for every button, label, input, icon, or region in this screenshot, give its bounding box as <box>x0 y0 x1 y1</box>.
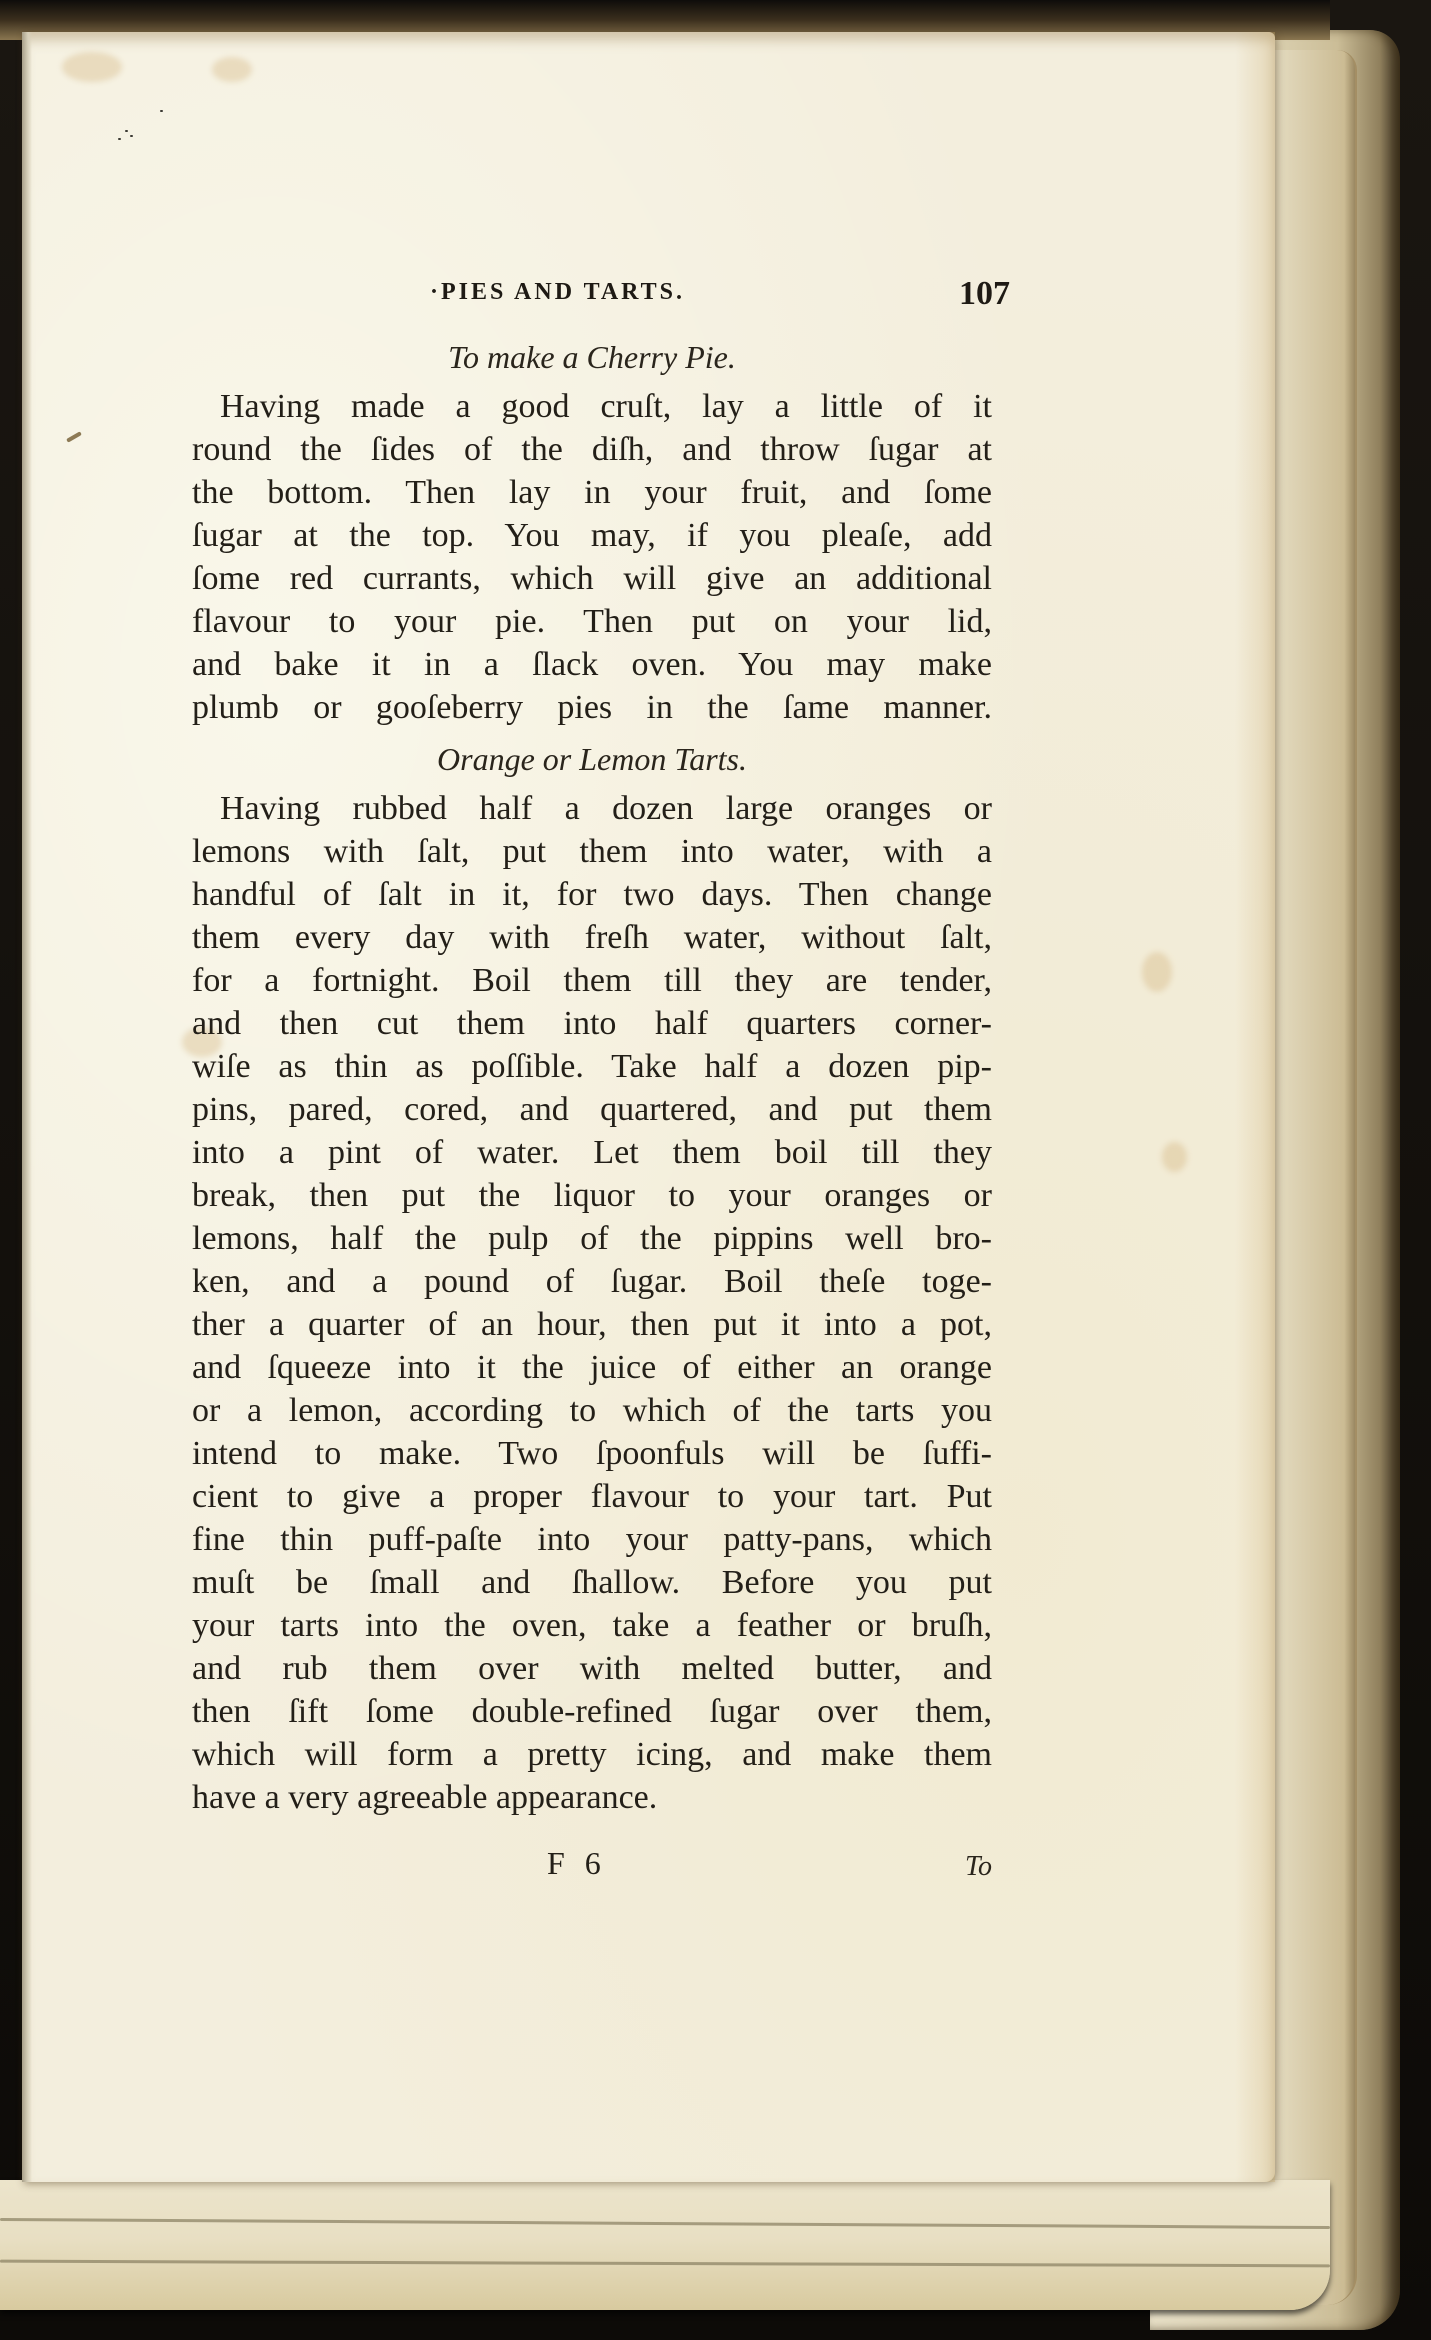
text-line: Having made a good cruſt, lay a little o… <box>192 385 992 428</box>
section-title-orange-lemon-tarts: Orange or Lemon Tarts. <box>192 737 992 781</box>
catchword: To <box>965 1851 992 1883</box>
foxing-stain <box>62 52 122 82</box>
text-line: for a fortnight. Boil them till they are… <box>192 959 992 1002</box>
text-line: intend to make. Two ſpoonfuls will be ſu… <box>192 1432 992 1475</box>
running-title: ·PIES AND TARTS. <box>430 279 685 306</box>
page-number: 107 <box>959 275 1010 313</box>
text-line: them every day with freſh water, without… <box>192 916 992 959</box>
ink-speck <box>118 138 121 140</box>
text-line: or a lemon, according to which of the ta… <box>192 1389 992 1432</box>
ink-speck <box>130 135 133 137</box>
text-line: have a very agreeable appearance. <box>192 1776 992 1819</box>
foxing-stain <box>212 57 252 82</box>
text-line: cient to give a proper flavour to your t… <box>192 1475 992 1518</box>
text-line: pins, pared, cored, and quartered, and p… <box>192 1088 992 1131</box>
text-line: your tarts into the oven, take a feather… <box>192 1604 992 1647</box>
text-line: the bottom. Then lay in your fruit, and … <box>192 471 992 514</box>
text-line: lemons, half the pulp of the pippins wel… <box>192 1217 992 1260</box>
ink-speck <box>160 110 163 112</box>
ink-speck <box>125 130 128 132</box>
text-block: To make a Cherry Pie. Having made a good… <box>192 335 992 1819</box>
text-line: into a pint of water. Let them boil till… <box>192 1131 992 1174</box>
text-line: break, then put the liquor to your orang… <box>192 1174 992 1217</box>
foxing-stain <box>1162 1142 1187 1172</box>
text-line: and rub them over with melted butter, an… <box>192 1647 992 1690</box>
text-line: plumb or gooſeberry pies in the ſame man… <box>192 686 992 729</box>
text-line: Having rubbed half a dozen large oranges… <box>192 787 992 830</box>
text-line: handful of ſalt in it, for two days. The… <box>192 873 992 916</box>
text-line: muſt be ſmall and ſhallow. Before you pu… <box>192 1561 992 1604</box>
bottom-page-layers <box>0 2180 1330 2310</box>
foxing-stain <box>1142 952 1172 992</box>
text-line: ken, and a pound of ſugar. Boil theſe to… <box>192 1260 992 1303</box>
text-line: lemons with ſalt, put them into water, w… <box>192 830 992 873</box>
text-line: and bake it in a ſlack oven. You may mak… <box>192 643 992 686</box>
text-line: which will form a pretty icing, and make… <box>192 1733 992 1776</box>
text-line: and ſqueeze into it the juice of either … <box>192 1346 992 1389</box>
page-footer: F 6 To <box>192 1845 992 1885</box>
text-line: wiſe as thin as poſſible. Take half a do… <box>192 1045 992 1088</box>
text-line: round the ſides of the diſh, and throw ſ… <box>192 428 992 471</box>
running-head: ·PIES AND TARTS. 107 <box>430 275 1010 315</box>
text-line: ther a quarter of an hour, then put it i… <box>192 1303 992 1346</box>
signature-mark: F 6 <box>547 1845 607 1882</box>
text-line: and then cut them into half quarters cor… <box>192 1002 992 1045</box>
text-line: then ſift ſome double-refined ſugar over… <box>192 1690 992 1733</box>
section-gap <box>192 729 992 737</box>
text-line: ſome red currants, which will give an ad… <box>192 557 992 600</box>
text-line: flavour to your pie. Then put on your li… <box>192 600 992 643</box>
section-title-cherry-pie: To make a Cherry Pie. <box>192 335 992 379</box>
text-line: ſugar at the top. You may, if you pleaſe… <box>192 514 992 557</box>
text-line: fine thin puff-paſte into your patty-pan… <box>192 1518 992 1561</box>
